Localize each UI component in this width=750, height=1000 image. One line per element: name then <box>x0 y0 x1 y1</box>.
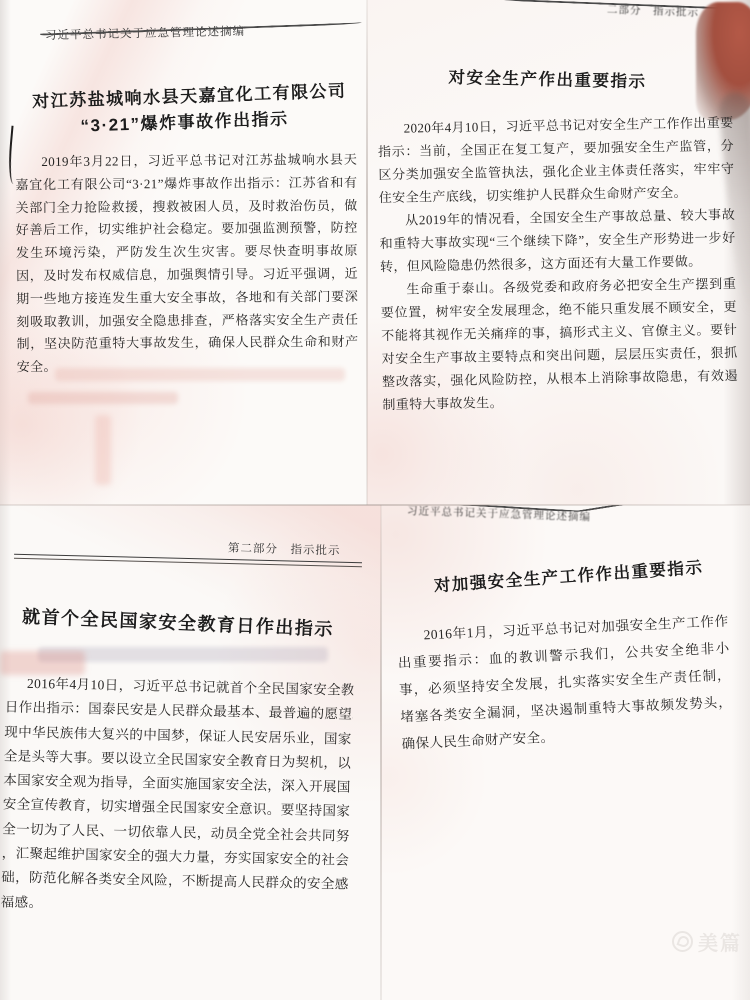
bleed-through-text <box>38 647 328 662</box>
running-head: 第二部分 指示批示 <box>228 540 341 559</box>
page-photo-top-right: 二部分 指示批示 对安全生产作出重要指示 2020年4月10日，习近平总书记对安… <box>367 0 750 505</box>
page-photo-bottom-right: 习近平总书记关于应急管理论述摘编 对加强安全生产工作作出重要指示 2016年1月… <box>381 505 750 1000</box>
bleed-through-text <box>28 392 178 404</box>
watermark-brand: 美篇 <box>698 927 742 956</box>
article-body: 2020年4月10日，习近平总书记对安全生产工作作出重要指示：当前，全国正在复工… <box>377 111 738 416</box>
body-paragraph: 从2019年的情况看，全国安全生产事故总量、较大事故和重特大事故实现“三个继续下… <box>379 203 736 278</box>
running-head: 习近平总书记关于应急管理论述摘编 <box>407 505 591 524</box>
photo-seam-horizontal <box>0 504 750 506</box>
article-body: 2019年3月22日，习近平总书记对江苏盐城响水县天嘉宜化工有限公司“3·21”… <box>15 149 359 379</box>
body-paragraph: 2020年4月10日，习近平总书记对安全生产工作作出重要指示：当前，全国正在复工… <box>377 111 735 209</box>
meipian-logo-icon <box>672 931 693 952</box>
page-photo-bottom-left: 第二部分 指示批示 就首个全民国家安全教育日作出指示 2016年4月10日，习近… <box>0 505 381 1000</box>
article-body: 2016年1月，习近平总书记对加强安全生产工作作出重要指示：血的教训警示我们，公… <box>396 608 734 758</box>
photo-seam-vertical-top <box>366 0 368 505</box>
article-body: 2016年4月10日，习近平总书记就首个全民国家安全教 日作出指示：国泰民安是人… <box>0 671 353 921</box>
page-photo-top-left: 习近平总书记关于应急管理论述摘编 对江苏盐城响水县天嘉宜化工有限公司 “3·21… <box>0 0 367 505</box>
article-title: 就首个全民国家安全教育日作出指示 <box>18 602 339 641</box>
bleed-through-streak <box>95 415 111 485</box>
body-paragraph: 2016年1月，习近平总书记对加强安全生产工作作出重要指示：血的教训警示我们，公… <box>396 608 734 758</box>
photo-seam-vertical-bottom <box>380 505 382 1000</box>
body-paragraph: 生命重于泰山。各级党委和政府务必把安全生产摆到重要位置，树牢安全发展理念，绝不能… <box>380 272 738 416</box>
body-paragraph: 2019年3月22日，习近平总书记对江苏盐城响水县天嘉宜化工有限公司“3·21”… <box>15 149 359 379</box>
article-title: 对安全生产作出重要指示 <box>425 63 670 93</box>
meipian-watermark: 美篇 <box>672 927 742 956</box>
article-title: 对加强安全生产工作作出重要指示 <box>430 553 706 596</box>
